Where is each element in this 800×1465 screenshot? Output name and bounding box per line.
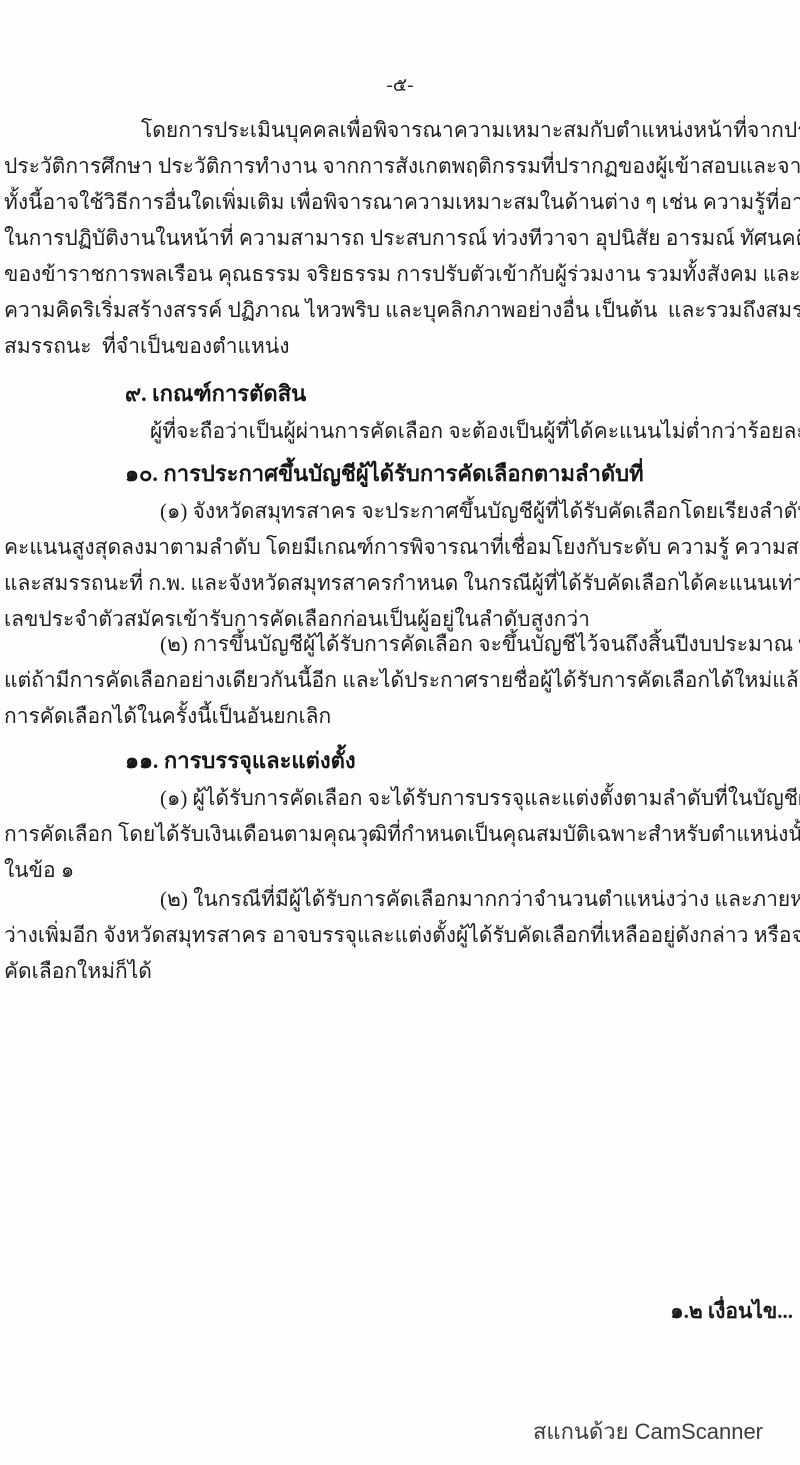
section-10-item-2: (๒) การขึ้นบัญชีผู้ได้รับการคัดเลือก จะข… [4, 626, 796, 734]
section-9-heading: ๙. เกณฑ์การตัดสิน [125, 376, 796, 412]
text-line: คะแนนสูงสุดลงมาตามลำดับ โดยมีเกณฑ์การพิจ… [4, 529, 796, 565]
text-line: (๑) ผู้ได้รับการคัดเลือก จะได้รับการบรรจ… [4, 780, 796, 816]
continuation-note: ๑.๒ เงื่อนไข... [670, 1293, 793, 1329]
text-line: การคัดเลือก โดยได้รับเงินเดือนตามคุณวุฒิ… [4, 816, 796, 852]
section-11-heading: ๑๑. การบรรจุและแต่งตั้ง [125, 743, 796, 779]
page-number: -๕- [4, 68, 796, 104]
text-line: ในการปฏิบัติงานในหน้าที่ ความสามารถ ประส… [4, 220, 796, 256]
text-line: และสมรรถนะที่ ก.พ. และจังหวัดสมุทรสาครกำ… [4, 565, 796, 601]
section-10-item-1: (๑) จังหวัดสมุทรสาคร จะประกาศขึ้นบัญชีผู… [4, 493, 796, 637]
section-11-item-2: (๒) ในกรณีที่มีผู้ได้รับการคัดเลือกมากกว… [4, 881, 796, 989]
text-line: การคัดเลือกได้ในครั้งนี้เป็นอันยกเลิก [4, 698, 796, 734]
text-line: ประวัติการศึกษา ประวัติการทำงาน จากการสั… [4, 148, 796, 184]
intro-paragraph: โดยการประเมินบุคคลเพื่อพิจารณาความเหมาะส… [4, 112, 796, 364]
text-line: (๒) ในกรณีที่มีผู้ได้รับการคัดเลือกมากกว… [4, 881, 796, 917]
text-line: โดยการประเมินบุคคลเพื่อพิจารณาความเหมาะส… [4, 112, 796, 148]
text-line: (๒) การขึ้นบัญชีผู้ได้รับการคัดเลือก จะข… [4, 626, 796, 662]
text-line: ของข้าราชการพลเรือน คุณธรรม จริยธรรม การ… [4, 256, 796, 292]
text-line: สมรรถนะ ที่จำเป็นของตำแหน่ง [4, 328, 796, 364]
section-10-heading: ๑๐. การประกาศขึ้นบัญชีผู้ได้รับการคัดเลื… [125, 456, 796, 492]
section-11-item-1: (๑) ผู้ได้รับการคัดเลือก จะได้รับการบรรจ… [4, 780, 796, 888]
text-line: แต่ถ้ามีการคัดเลือกอย่างเดียวกันนี้อีก แ… [4, 662, 796, 698]
text-line: คัดเลือกใหม่ก็ได้ [4, 953, 796, 989]
text-line: ทั้งนี้อาจใช้วิธีการอื่นใดเพิ่มเติม เพื่… [4, 184, 796, 220]
scanned-document-page: -๕- โดยการประเมินบุคคลเพื่อพิจารณาความเห… [0, 0, 800, 1465]
camscanner-watermark: สแกนด้วย CamScanner [533, 1415, 763, 1449]
section-9-body: ผู้ที่จะถือว่าเป็นผู้ผ่านการคัดเลือก จะต… [150, 413, 796, 449]
text-line: ความคิดริเริ่มสร้างสรรค์ ปฏิภาณ ไหวพริบ … [4, 292, 796, 328]
text-line: ว่างเพิ่มอีก จังหวัดสมุทรสาคร อาจบรรจุแล… [4, 917, 796, 953]
text-line: (๑) จังหวัดสมุทรสาคร จะประกาศขึ้นบัญชีผู… [4, 493, 796, 529]
